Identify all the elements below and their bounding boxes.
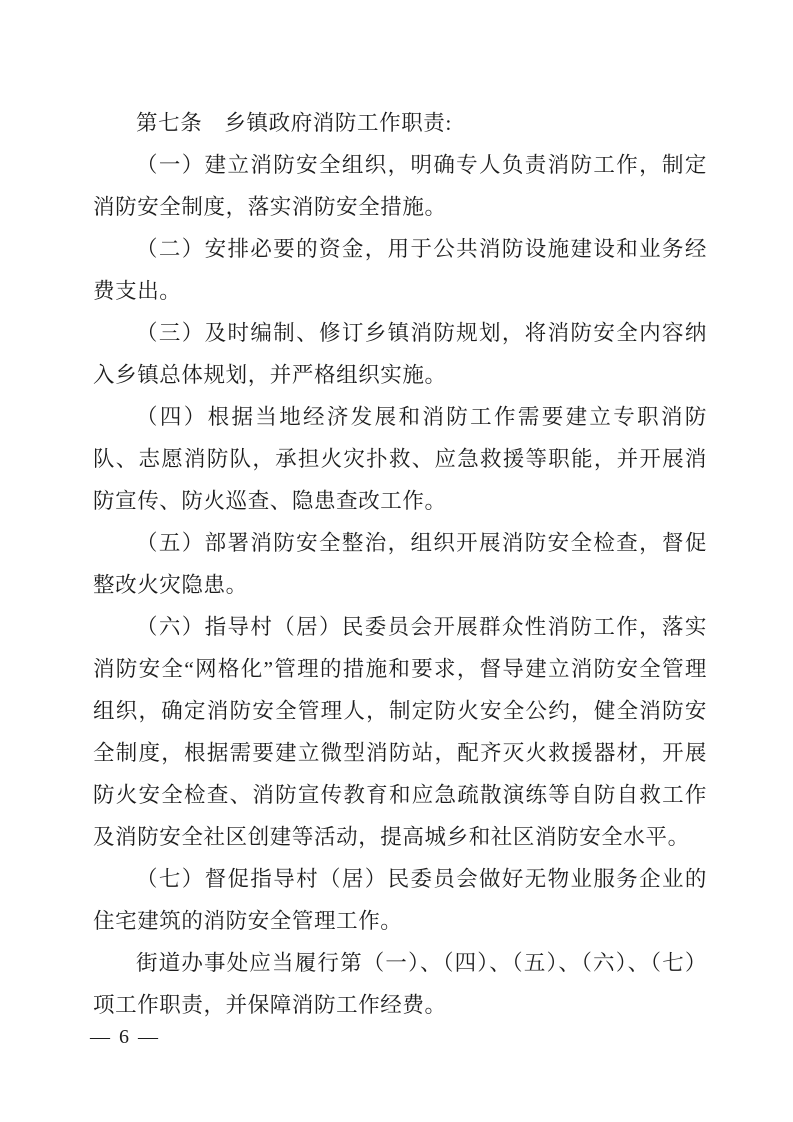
paragraph-item-5: （五）部署消防安全整治，组织开展消防安全检查，督促整改火灾隐患。 [93, 522, 707, 606]
document-page: 第七条 乡镇政府消防工作职责: （一）建立消防安全组织，明确专人负责消防工作，制… [0, 0, 793, 1122]
paragraph-item-1: （一）建立消防安全组织，明确专人负责消防工作，制定消防安全制度，落实消防安全措施… [93, 144, 707, 228]
paragraph-item-6: （六）指导村（居）民委员会开展群众性消防工作，落实消防安全“网格化”管理的措施和… [93, 606, 707, 858]
paragraph-item-4: （四）根据当地经济发展和消防工作需要建立专职消防队、志愿消防队，承担火灾扑救、应… [93, 396, 707, 522]
article-heading: 第七条 乡镇政府消防工作职责: [93, 102, 707, 144]
paragraph-item-2: （二）安排必要的资金，用于公共消防设施建设和业务经费支出。 [93, 228, 707, 312]
paragraph-item-8: 街道办事处应当履行第（一）、（四）、（五）、（六）、（七）项工作职责，并保障消防… [93, 942, 707, 1026]
document-body: 第七条 乡镇政府消防工作职责: （一）建立消防安全组织，明确专人负责消防工作，制… [93, 102, 707, 1026]
page-number: — 6 — [90, 1022, 160, 1052]
paragraph-item-3: （三）及时编制、修订乡镇消防规划，将消防安全内容纳入乡镇总体规划，并严格组织实施… [93, 312, 707, 396]
paragraph-item-7: （七）督促指导村（居）民委员会做好无物业服务企业的住宅建筑的消防安全管理工作。 [93, 858, 707, 942]
